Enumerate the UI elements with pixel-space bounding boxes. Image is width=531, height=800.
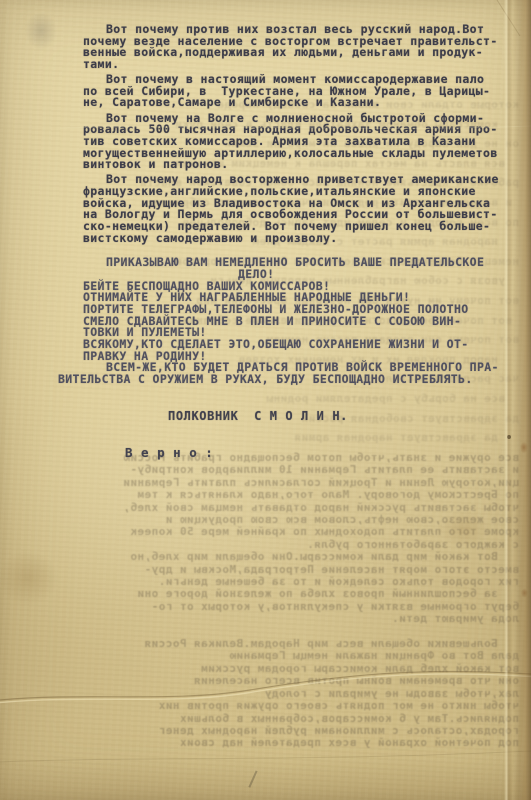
bleed-line: свое железо,свою нефть,словом всю свою п…: [12, 514, 519, 526]
bleed-line: городах,осталось с миллионами рублей нар…: [12, 725, 519, 737]
bleed-line: Вот какой мир дали комиссары.Они обещали…: [12, 551, 519, 563]
bleed-line: лода умирают дети.: [12, 613, 519, 625]
document-page: которые отдали свои жизни за свободу нар…: [0, 0, 531, 800]
bleed-line: гих городов только селедкой и то за беше…: [12, 576, 519, 588]
text-line: ВИТЕЛЬСТВА С ОРУЖИЕМ В РУКАХ, БУДУ БЕСПО…: [58, 374, 511, 386]
bleed-line: кроме того платить подоходных по крайней…: [12, 526, 519, 538]
bleed-line: под почетной охраной у всех предателей н…: [12, 737, 519, 749]
ink-dot: [507, 435, 511, 439]
bleed-line: по Брестскому договору. Мало того,надо к…: [12, 489, 519, 501]
bleed-line: чтобы заставить русский народ отдавать н…: [12, 502, 519, 514]
typewritten-text-block: Вот почему против них возстал весь русск…: [83, 24, 511, 386]
bleed-line: ции,которую Ленин и Троцкий согласились …: [12, 477, 519, 489]
text-line: вистскому самодержавию и произволу.: [83, 233, 511, 245]
bleed-line: [12, 626, 519, 638]
bottom-shading: [0, 758, 531, 800]
bleed-line: и заставить ее платить Германии 10 милли…: [12, 464, 519, 476]
signature-line: ПОЛКОВНИК С М О Л И Н.: [168, 409, 348, 423]
bleed-line: дала Вот во Франции нажали немцы Германи…: [12, 650, 519, 662]
bleed-line: они что временами войны против всего нас…: [12, 675, 519, 687]
pencil-smudge: [18, 4, 64, 58]
text-line: винтовок и патронов.: [83, 159, 511, 171]
text-line: ПРИКАЗЫВАЮ ВАМ НЕМЕДЛЕННО БРОСИТЬ ВАШЕ П…: [83, 257, 511, 269]
bleed-line: все на борьбу с предателями родины: [12, 389, 519, 409]
bleed-line: вот какой хлеб дали комиссары городам ру…: [12, 663, 519, 675]
bleed-line: вместо этого морят население Петрограда,…: [12, 564, 519, 576]
rust-spot: [519, 440, 529, 455]
text-line: венные войска,поддерживая их людьми, ден…: [83, 47, 511, 59]
pencil-tick: [248, 770, 257, 787]
bleedthrough-text-lower: все оружие и знать,чтобы потом беспощадн…: [12, 452, 519, 750]
rust-spot: [520, 587, 529, 599]
bleed-line: Большевики обещали весь мир Народам.Вели…: [12, 638, 519, 650]
paper-stain: [428, 503, 500, 555]
bleed-line: берут огромные взятки у спекулянтов,у ко…: [12, 601, 519, 613]
bleed-line: все оружие и знать,чтобы потом беспощадн…: [12, 452, 519, 464]
text-line: не, Саратове,Самаре и Симбирске и Казани…: [83, 97, 511, 109]
bleed-line: чтобы никто не мог поднять своего оружия…: [12, 700, 519, 712]
bleed-line: да здравствует народная армия: [12, 428, 519, 448]
bleed-line: за беспошлинный провоз хлеба по железной…: [12, 588, 519, 600]
bleed-line: с каждого заработанного рубля.: [12, 539, 519, 551]
text-line: тами.: [83, 59, 511, 71]
paper-stain: [0, 540, 70, 616]
bleed-line: поднялись.Там у б комиссаров,собранных в…: [12, 713, 519, 725]
certification-line: В е р н о :: [125, 445, 213, 460]
bleed-line: лах,чтобы заводы не умирали с голоду: [12, 688, 519, 700]
